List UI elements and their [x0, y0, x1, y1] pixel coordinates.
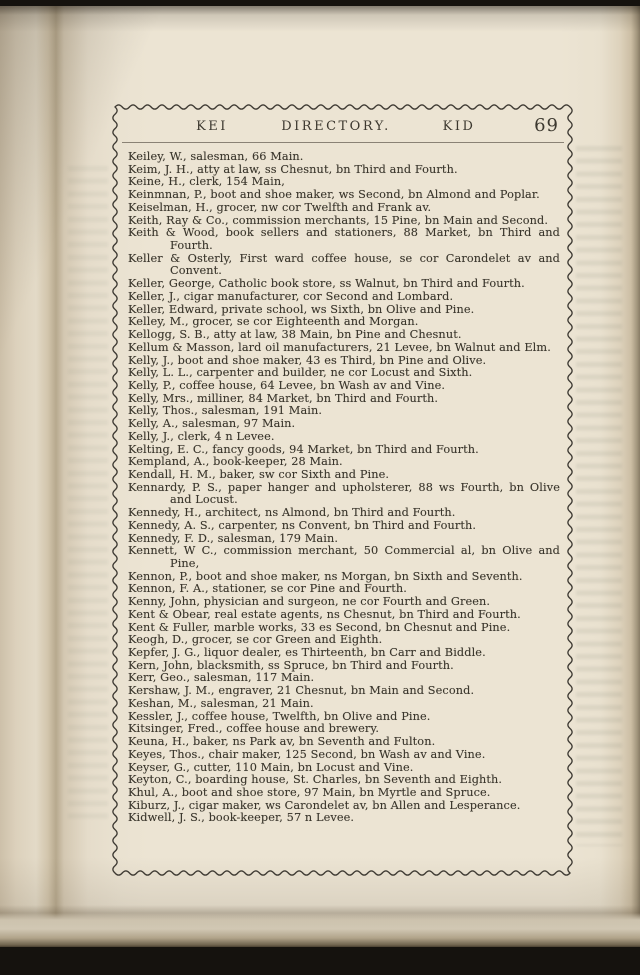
page-header: KEI DIRECTORY. KID 69 — [115, 119, 570, 139]
header-title: DIRECTORY. — [281, 119, 391, 134]
directory-entry: Keller, George, Catholic book store, ss … — [128, 278, 560, 291]
scanned-book-photo: KEI DIRECTORY. KID 69 Keiley, W., salesm… — [0, 0, 640, 975]
directory-entry: Khul, A., boot and shoe store, 97 Main, … — [128, 787, 560, 800]
directory-entry: Kennett, W C., commission merchant, 50 C… — [128, 545, 560, 570]
directory-entry: Kennardy, P. S., paper hanger and uphols… — [128, 482, 560, 507]
directory-entry: Kershaw, J. M., engraver, 21 Chesnut, bn… — [128, 685, 560, 698]
directory-entry: Kellum & Masson, lard oil manufacturers,… — [128, 342, 560, 355]
directory-entry: Kent & Obear, real estate agents, ns Che… — [128, 609, 560, 622]
directory-entry: Kendall, H. M., baker, sw cor Sixth and … — [128, 469, 560, 482]
directory-entry: Kelly, A., salesman, 97 Main. — [128, 418, 560, 431]
directory-entry: Keuna, H., baker, ns Park av, bn Seventh… — [128, 736, 560, 749]
directory-entry: Keiley, W., salesman, 66 Main. — [128, 151, 560, 164]
directory-entry: Keller & Osterly, First ward coffee hous… — [128, 253, 560, 278]
directory-entry: Kepfer, J. G., liquor dealer, es Thirtee… — [128, 647, 560, 660]
directory-entry: Kenny, John, physician and surgeon, ne c… — [128, 596, 560, 609]
ink-bleedthrough-right — [576, 146, 622, 846]
ink-bleedthrough-left — [68, 166, 108, 826]
directory-entry: Keith & Wood, book sellers and stationer… — [128, 227, 560, 252]
directory-entry: Keshan, M., salesman, 21 Main. — [128, 698, 560, 711]
directory-entry: Kelly, P., coffee house, 64 Levee, bn Wa… — [128, 380, 560, 393]
directory-entries: Keiley, W., salesman, 66 Main.Keim, J. H… — [128, 151, 560, 868]
directory-entry: Keyes, Thos., chair maker, 125 Second, b… — [128, 749, 560, 762]
directory-content-box: KEI DIRECTORY. KID 69 Keiley, W., salesm… — [115, 107, 570, 873]
directory-entry: Kellogg, S. B., atty at law, 38 Main, bn… — [128, 329, 560, 342]
header-right-range: KID — [443, 119, 476, 134]
directory-entry: Keiselman, H., grocer, nw cor Twelfth an… — [128, 202, 560, 215]
page-curl-edge — [0, 905, 640, 947]
directory-entry: Keinmnan, P., boot and shoe maker, ws Se… — [128, 189, 560, 202]
directory-entry: Keller, J., cigar manufacturer, cor Seco… — [128, 291, 560, 304]
page-number: 69 — [534, 115, 559, 136]
directory-entry: Kennedy, A. S., carpenter, ns Convent, b… — [128, 520, 560, 533]
directory-entry: Kennedy, H., architect, ns Almond, bn Th… — [128, 507, 560, 520]
directory-entry: Kidwell, J. S., book-keeper, 57 n Levee. — [128, 812, 560, 825]
book-page: KEI DIRECTORY. KID 69 Keiley, W., salesm… — [0, 6, 640, 947]
header-left-range: KEI — [196, 119, 228, 134]
directory-entry: Kelly, J., clerk, 4 n Levee. — [128, 431, 560, 444]
header-divider — [122, 142, 564, 143]
